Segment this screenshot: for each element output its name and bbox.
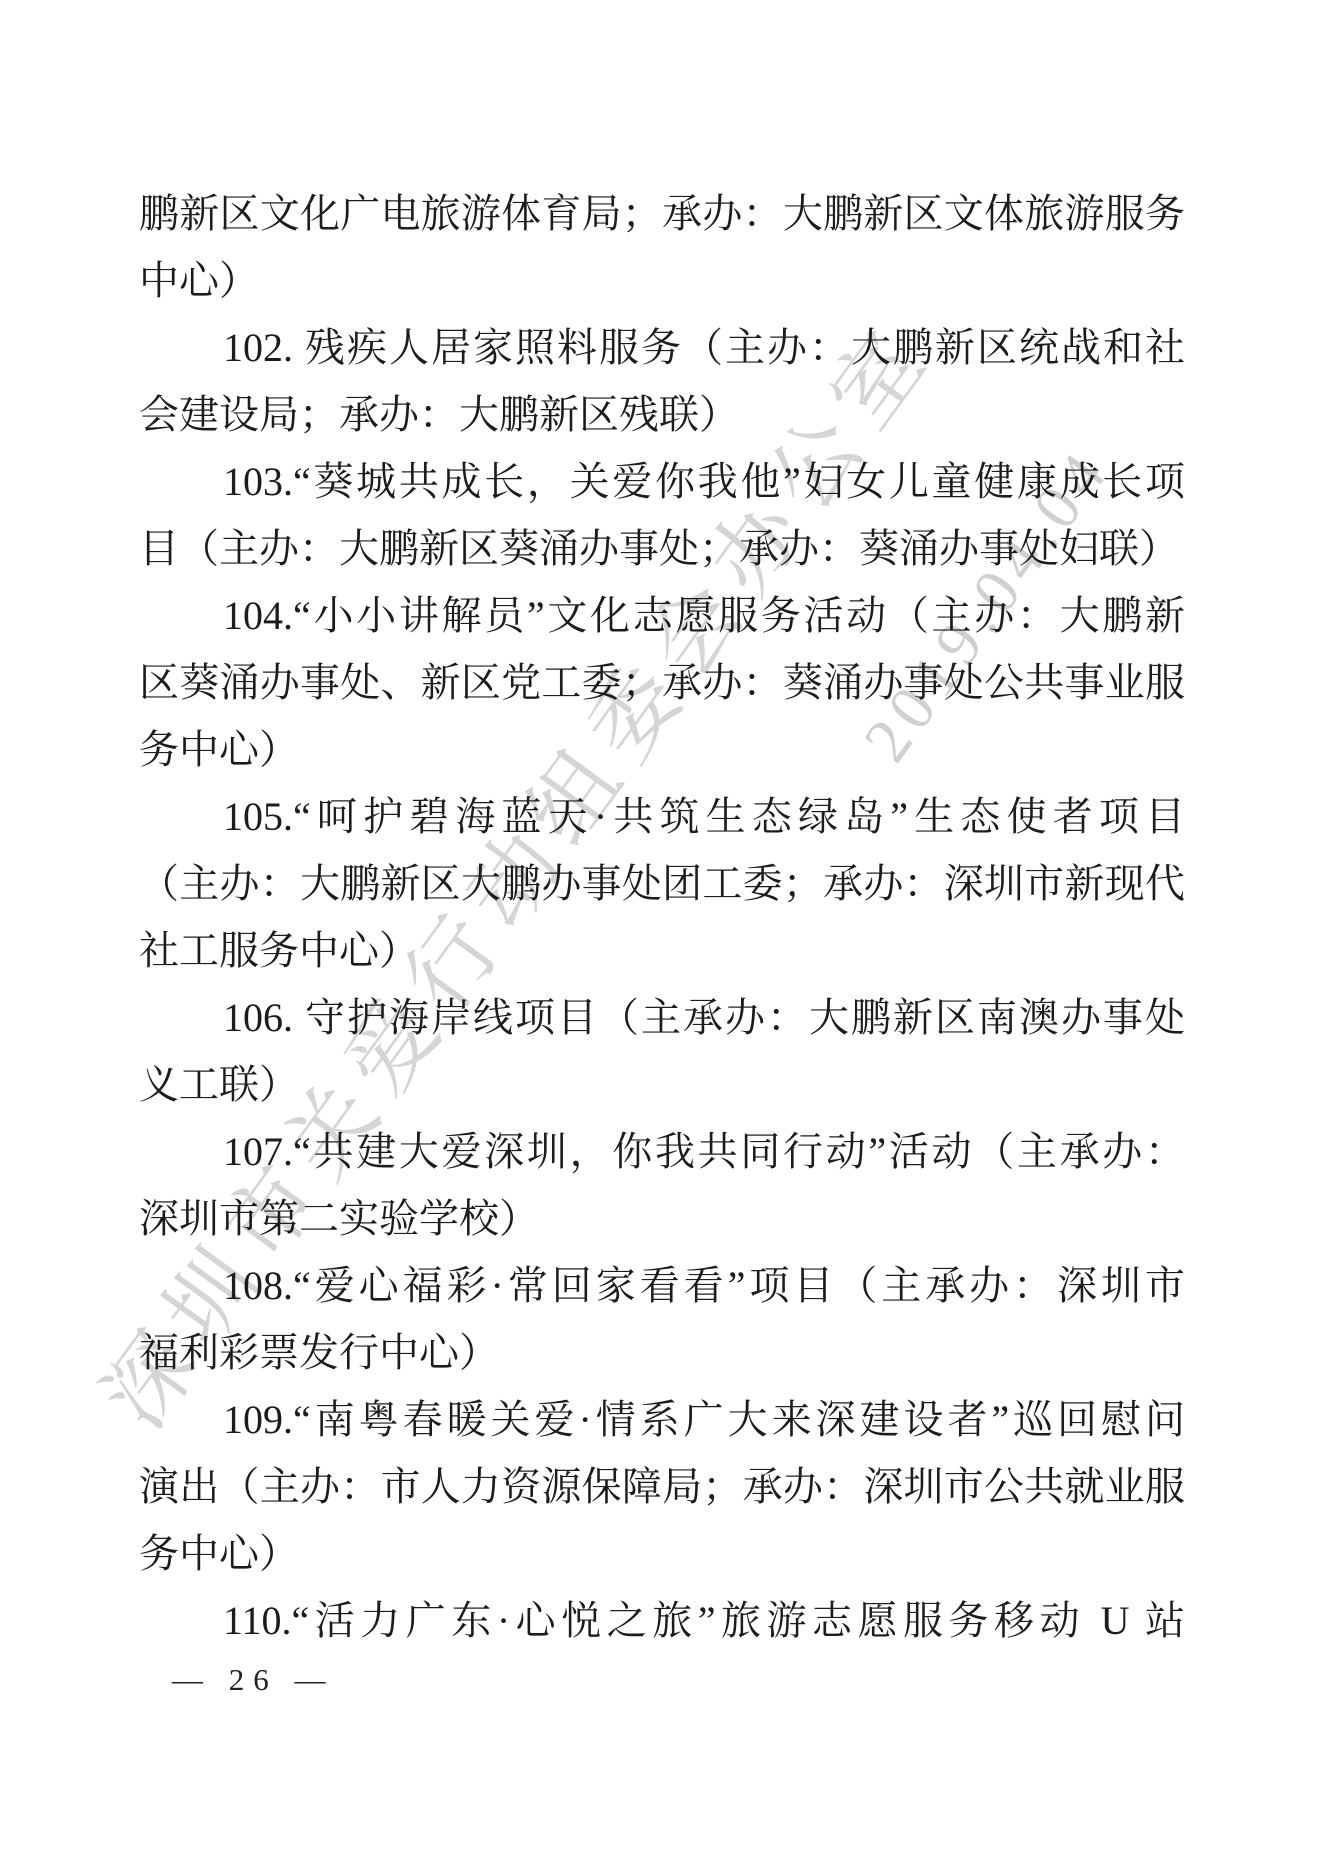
- text-line: 中心）: [139, 247, 1185, 314]
- text-line: 深圳市第二实验学校）: [139, 1185, 1185, 1252]
- text-line: 107.“共建大爱深圳，你我共同行动”活动（主承办：: [139, 1118, 1185, 1185]
- text-line: 目（主办：大鹏新区葵涌办事处；承办：葵涌办事处妇联）: [139, 515, 1185, 582]
- text-line: 务中心）: [139, 1520, 1185, 1587]
- text-line: 社工服务中心）: [139, 917, 1185, 984]
- document-page: 深圳市关爱行动组委会办公室 2019.04.04 鹏新区文化广电旅游体育局；承办…: [0, 0, 1323, 1871]
- text-line: 演出（主办：市人力资源保障局；承办：深圳市公共就业服: [139, 1453, 1185, 1520]
- text-line: （主办：大鹏新区大鹏办事处团工委；承办：深圳市新现代: [139, 850, 1185, 917]
- page-number: — 26 —: [172, 1662, 335, 1698]
- text-line: 会建设局；承办：大鹏新区残联）: [139, 381, 1185, 448]
- text-line: 务中心）: [139, 716, 1185, 783]
- text-line: 108.“爱心福彩·常回家看看”项目（主承办：深圳市: [139, 1252, 1185, 1319]
- text-line: 106. 守护海岸线项目（主承办：大鹏新区南澳办事处: [139, 984, 1185, 1051]
- text-line: 110.“活力广东·心悦之旅”旅游志愿服务移动 U 站: [139, 1587, 1185, 1654]
- body-text: 鹏新区文化广电旅游体育局；承办：大鹏新区文体旅游服务中心）102. 残疾人居家照…: [139, 180, 1185, 1654]
- text-line: 105.“呵护碧海蓝天·共筑生态绿岛”生态使者项目: [139, 783, 1185, 850]
- text-line: 109.“南粤春暖关爱·情系广大来深建设者”巡回慰问: [139, 1386, 1185, 1453]
- text-line: 104.“小小讲解员”文化志愿服务活动（主办：大鹏新: [139, 582, 1185, 649]
- text-line: 鹏新区文化广电旅游体育局；承办：大鹏新区文体旅游服务: [139, 180, 1185, 247]
- text-line: 103.“葵城共成长，关爱你我他”妇女儿童健康成长项: [139, 448, 1185, 515]
- text-line: 102. 残疾人居家照料服务（主办：大鹏新区统战和社: [139, 314, 1185, 381]
- text-line: 义工联）: [139, 1051, 1185, 1118]
- text-line: 区葵涌办事处、新区党工委；承办：葵涌办事处公共事业服: [139, 649, 1185, 716]
- text-line: 福利彩票发行中心）: [139, 1319, 1185, 1386]
